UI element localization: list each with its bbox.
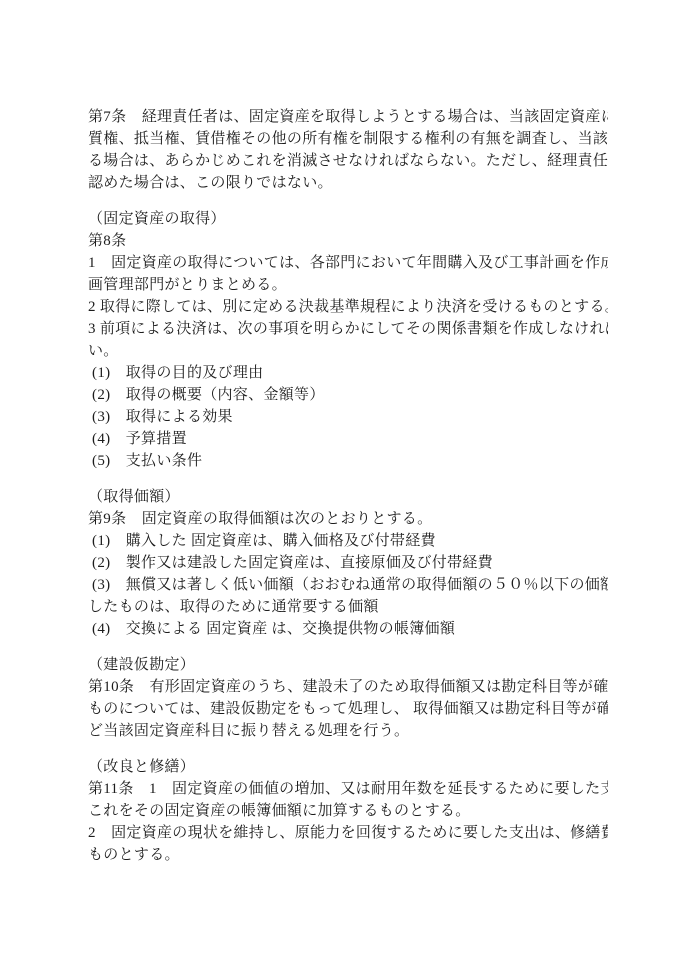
article-8-line: (1) 取得の目的及び理由 (88, 362, 608, 384)
article-9-line: (1) 購入した 固定資産は、購入価格及び付帯経費 (88, 530, 608, 552)
article-9-line: (4) 交換による 固定資産 は、交換提供物の帳簿価額 (88, 618, 608, 640)
article-9-line: (2) 製作又は建設した固定資産は、直接原価及び付帯経費 (88, 552, 608, 574)
document-page: 第7条 経理責任者は、固定資産を取得しようとする場合は、当該固定資産について、質… (88, 106, 608, 866)
article-8-line: (4) 予算措置 (88, 428, 608, 450)
article-7-line: る場合は、あらかじめこれを消滅させなければならない。ただし、経理責任者が特に (88, 150, 608, 172)
article-8-line: （固定資産の取得） (88, 208, 608, 230)
article-8-line: 1 固定資産の取得については、各部門において年間購入及び工事計画を作成し、企 (88, 252, 608, 274)
article-8-line: (2) 取得の概要（内容、金額等） (88, 384, 608, 406)
article-9-line: (3) 無償又は著しく低い価額（おおむね通常の取得価額の５０％以下の価額）で取得 (88, 574, 608, 596)
article-8-line: 第8条 (88, 230, 608, 252)
article-9-line: （取得価額） (88, 486, 608, 508)
article-7-line: 認めた場合は、この限りではない。 (88, 172, 608, 194)
article-9-line: 第9条 固定資産の取得価額は次のとおりとする。 (88, 508, 608, 530)
article-10-line: ど当該固定資産科目に振り替える処理を行う。 (88, 720, 608, 742)
article-8-line: (5) 支払い条件 (88, 450, 608, 472)
article-8-line: 2 取得に際しては、別に定める決裁基準規程により決済を受けるものとする。 (88, 296, 608, 318)
article-11-line: 2 固定資産の現状を維持し、原能力を回復するために要した支出は、修繕費とする (88, 822, 608, 844)
article-9-line: したものは、取得のために通常要する価額 (88, 596, 608, 618)
section-gap (88, 194, 608, 208)
article-10-line: （建設仮勘定） (88, 654, 608, 676)
article-11-line: ものとする。 (88, 844, 608, 866)
article-8-line: 3 前項による決済は、次の事項を明らかにしてその関係書類を作成しなければならな (88, 318, 608, 340)
article-8-line: (3) 取得による効果 (88, 406, 608, 428)
article-10-line: ものについては、建設仮勘定をもって処理し、 取得価額又は勘定科目等が確定したつ (88, 698, 608, 720)
article-8-line: 画管理部門がとりまとめる。 (88, 274, 608, 296)
section-gap (88, 472, 608, 486)
article-10-line: 第10条 有形固定資産のうち、建設未了のため取得価額又は勘定科目等が確定しない (88, 676, 608, 698)
article-7-line: 質権、抵当権、賃借権その他の所有権を制限する権利の有無を調査し、当該権利があ (88, 128, 608, 150)
section-gap (88, 742, 608, 756)
article-11-line: （改良と修繕） (88, 756, 608, 778)
section-gap (88, 640, 608, 654)
article-11-line: 第11条 1 固定資産の価値の増加、又は耐用年数を延長するために要した支出は、 (88, 778, 608, 800)
article-7-line: 第7条 経理責任者は、固定資産を取得しようとする場合は、当該固定資産について、 (88, 106, 608, 128)
article-8-line: い。 (88, 340, 608, 362)
article-11-line: これをその固定資産の帳簿価額に加算するものとする。 (88, 800, 608, 822)
